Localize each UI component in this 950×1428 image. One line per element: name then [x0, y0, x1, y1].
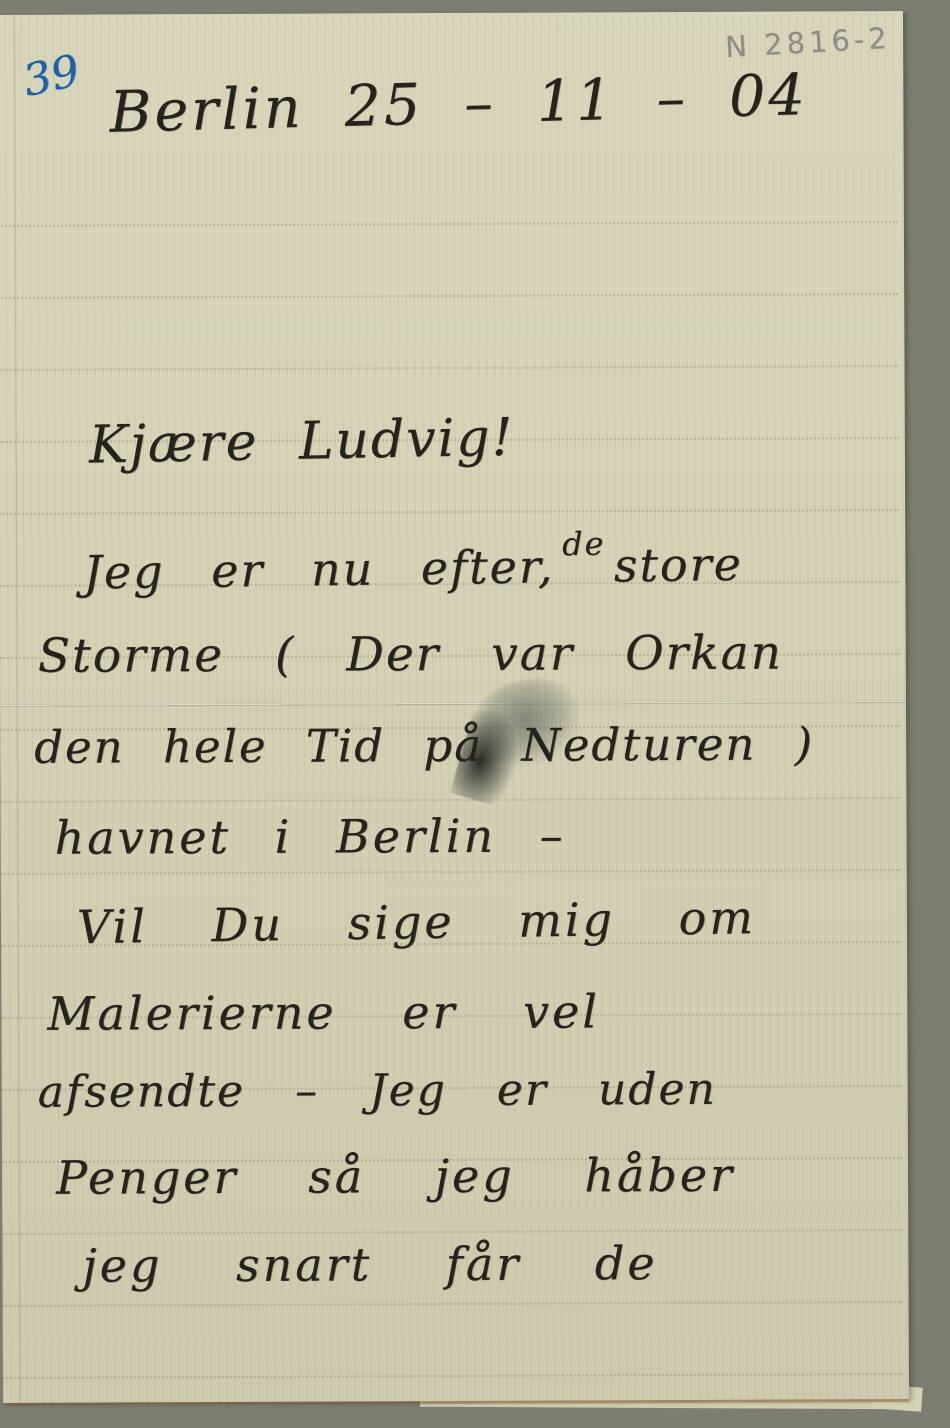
ruled-line — [0, 221, 898, 227]
handwritten-line: jeg snart får de — [82, 1236, 657, 1293]
handwritten-line: Storme ( Der var Orkan — [38, 626, 783, 684]
archive-number-blue: 39 — [18, 45, 84, 107]
handwritten-line: Malerierne er vel — [47, 984, 600, 1040]
ruled-lines — [0, 11, 903, 15]
vertical-fold-crease — [14, 15, 22, 1403]
ruled-line — [0, 509, 899, 515]
handwritten-line: Jeg er nu efter,destore — [83, 537, 743, 600]
greeting-line: Kjære Ludvig! — [88, 408, 515, 476]
handwritten-line: Penger så jeg håber — [56, 1148, 735, 1205]
horizontal-fold-crease — [0, 700, 906, 707]
ruled-line — [1, 869, 901, 875]
ruled-line — [3, 1301, 903, 1307]
ruled-line — [0, 293, 898, 299]
handwritten-line: den hele Tid på Nedturen ) — [34, 717, 814, 773]
ruled-line — [3, 1373, 903, 1379]
scan-background: 39 N 2816-2 Berlin 25 – 11 – 04 Kjære Lu… — [0, 0, 950, 1428]
ruled-line — [2, 1229, 902, 1235]
handwritten-line: afsendte – Jeg er uden — [38, 1064, 717, 1118]
ruled-line — [0, 365, 899, 371]
ruled-line — [0, 797, 900, 803]
line-text-after: store — [613, 537, 743, 593]
letter-page: 39 N 2816-2 Berlin 25 – 11 – 04 Kjære Lu… — [0, 11, 909, 1403]
handwritten-line: Vil Du sige mig om — [77, 890, 757, 954]
date-line: Berlin 25 – 11 – 04 — [109, 62, 809, 146]
line-text-before: Jeg er nu efter, — [83, 539, 555, 599]
catalog-number-pencil: N 2816-2 — [724, 21, 891, 64]
handwritten-line: havnet i Berlin – — [54, 809, 565, 865]
inserted-word: de — [562, 525, 606, 564]
